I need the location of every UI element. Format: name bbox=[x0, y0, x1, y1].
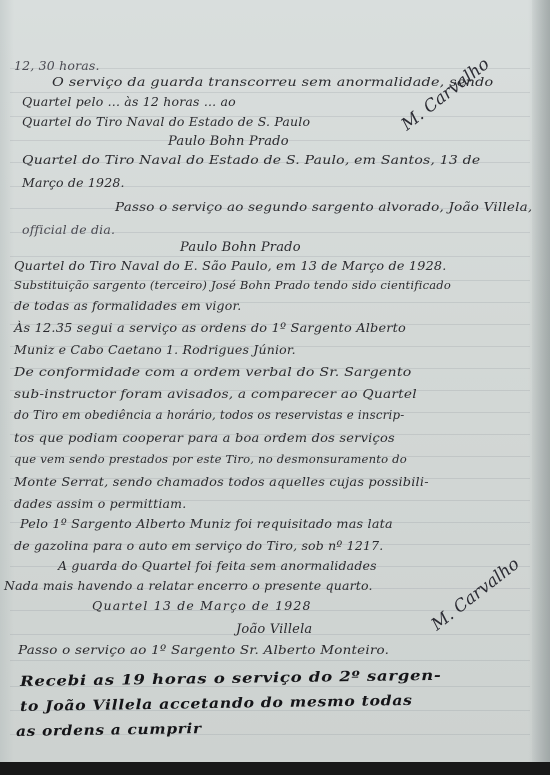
scan-bottom-edge bbox=[0, 762, 550, 775]
doc-line-19: tos que podiam cooperar para a boa ordem… bbox=[14, 430, 395, 445]
doc-line-23: Pelo 1º Sargento Alberto Muniz foi requi… bbox=[20, 516, 393, 531]
doc-line-14: Às 12.35 segui a serviço as ordens do 1º… bbox=[14, 320, 406, 335]
doc-line-7: Março de 1928. bbox=[22, 175, 125, 190]
signature-paulo-bohn-prado-2: Paulo Bohn Prado bbox=[180, 240, 301, 255]
doc-line-16: De conformidade com a ordem verbal do Sr… bbox=[14, 364, 411, 379]
signature-joao-villela: João Villela bbox=[236, 622, 312, 637]
doc-line-29: Passo o serviço ao 1º Sargento Sr. Alber… bbox=[18, 642, 389, 657]
doc-line-13: de todas as formalidades em vigor. bbox=[14, 298, 241, 313]
doc-line-24: de gazolina para o auto em serviço do Ti… bbox=[14, 538, 383, 553]
doc-line-20: que vem sendo prestados por este Tiro, n… bbox=[14, 452, 407, 466]
doc-line-22: dades assim o permittiam. bbox=[14, 496, 186, 511]
document-page: 12, 30 horas. O serviço da guarda transc… bbox=[0, 0, 550, 762]
doc-line-6: Quartel do Tiro Naval do Estado de S. Pa… bbox=[22, 152, 480, 167]
doc-line-3: Quartel pelo ... às 12 horas ... ao bbox=[22, 94, 236, 109]
doc-line-15: Muniz e Cabo Caetano 1. Rodrigues Júnior… bbox=[14, 342, 296, 357]
doc-line-11: Quartel do Tiro Naval do E. São Paulo, e… bbox=[14, 258, 446, 273]
doc-line-2: O serviço da guarda transcorreu sem anor… bbox=[52, 74, 493, 89]
marginal-signature-top: M. Carvalho bbox=[398, 54, 494, 135]
doc-line-25: A guarda do Quartel foi feita sem anorma… bbox=[58, 558, 377, 573]
doc-line-18: do Tiro em obediência a horário, todos o… bbox=[14, 408, 404, 422]
doc-line-17: sub-instructor foram avisados, a compare… bbox=[14, 386, 417, 401]
doc-line-4: Quartel do Tiro Naval do Estado de S. Pa… bbox=[22, 114, 310, 129]
doc-line-12: Substituição sargento (terceiro) José Bo… bbox=[14, 278, 451, 292]
doc-line-8: Passo o serviço ao segundo sargento alvo… bbox=[115, 199, 532, 214]
doc-line-31: to João Villela accetando do mesmo todas bbox=[20, 693, 413, 715]
signature-paulo-bohn-prado-1: Paulo Bohn Prado bbox=[168, 134, 289, 149]
doc-line-1: 12, 30 horas. bbox=[14, 58, 100, 73]
doc-line-27: Quartel 13 de Março de 1928 bbox=[92, 598, 312, 613]
page-spine-shadow bbox=[532, 0, 550, 762]
doc-line-32: as ordens a cumprir bbox=[16, 721, 202, 740]
doc-line-9: official de dia. bbox=[22, 222, 115, 237]
doc-line-26: Nada mais havendo a relatar encerro o pr… bbox=[4, 578, 373, 593]
doc-line-21: Monte Serrat, sendo chamados todos aquel… bbox=[14, 474, 429, 489]
